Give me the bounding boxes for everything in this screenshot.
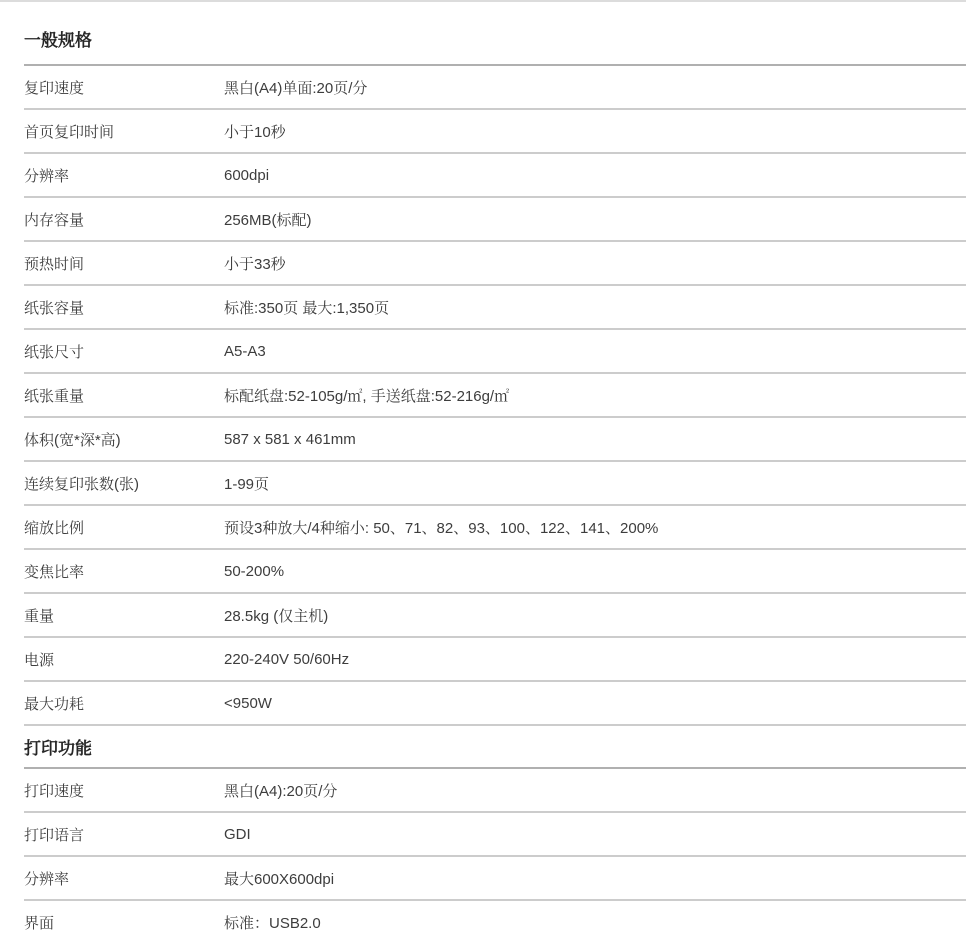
spec-value: 小于33秒 [224,253,966,274]
spec-value: 50-200% [224,563,966,580]
spec-row-print-language: 打印语言 GDI [24,813,966,857]
spec-label: 分辨率 [24,165,224,186]
spec-value: 小于10秒 [224,121,966,142]
spec-value: 220-240V 50/60Hz [224,651,966,668]
spec-value: <950W [224,695,966,712]
spec-value: 预设3种放大/4种缩小: 50、71、82、93、100、122、141、200… [224,517,966,538]
spec-page: 一般规格 复印速度 黑白(A4)单面:20页/分 首页复印时间 小于10秒 分辨… [0,0,966,937]
spec-row-interface: 界面 标准：USB2.0 [24,901,966,937]
spec-row-dimensions: 体积(宽*深*高) 587 x 581 x 461mm [24,418,966,462]
spec-value: 28.5kg (仅主机) [224,605,966,626]
spec-row-max-power: 最大功耗 <950W [24,682,966,726]
spec-value: 600dpi [224,167,966,184]
spec-row-zoom-presets: 缩放比例 预设3种放大/4种缩小: 50、71、82、93、100、122、14… [24,506,966,550]
spec-row-power-supply: 电源 220-240V 50/60Hz [24,638,966,682]
spec-row-paper-capacity: 纸张容量 标准:350页 最大:1,350页 [24,286,966,330]
spec-row-paper-weight: 纸张重量 标配纸盘:52-105g/㎡, 手送纸盘:52-216g/㎡ [24,374,966,418]
spec-label: 体积(宽*深*高) [24,429,224,450]
spec-label: 复印速度 [24,77,224,98]
spec-label: 首页复印时间 [24,121,224,142]
spec-row-warmup-time: 预热时间 小于33秒 [24,242,966,286]
spec-label: 缩放比例 [24,517,224,538]
spec-label: 纸张重量 [24,385,224,406]
spec-row-resolution: 分辨率 600dpi [24,154,966,198]
section-title-general-specs: 一般规格 [24,2,966,66]
spec-label: 连续复印张数(张) [24,473,224,494]
spec-value: 标准:350页 最大:1,350页 [224,297,966,318]
spec-label: 内存容量 [24,209,224,230]
spec-label: 重量 [24,605,224,626]
spec-row-zoom-range: 变焦比率 50-200% [24,550,966,594]
spec-value: 256MB(标配) [224,209,966,230]
spec-row-paper-size: 纸张尺寸 A5-A3 [24,330,966,374]
spec-label: 最大功耗 [24,693,224,714]
spec-value: 587 x 581 x 461mm [224,431,966,448]
spec-value: GDI [224,826,966,843]
spec-value: 1-99页 [224,473,966,494]
spec-value: 标配纸盘:52-105g/㎡, 手送纸盘:52-216g/㎡ [224,385,966,406]
spec-row-copy-speed: 复印速度 黑白(A4)单面:20页/分 [24,66,966,110]
spec-row-weight: 重量 28.5kg (仅主机) [24,594,966,638]
spec-label: 打印速度 [24,780,224,801]
spec-value: 黑白(A4):20页/分 [224,780,966,801]
spec-row-print-speed: 打印速度 黑白(A4):20页/分 [24,769,966,813]
spec-label: 电源 [24,649,224,670]
spec-row-continuous-copies: 连续复印张数(张) 1-99页 [24,462,966,506]
spec-value: 黑白(A4)单面:20页/分 [224,77,966,98]
spec-label: 预热时间 [24,253,224,274]
spec-label: 界面 [24,912,224,933]
spec-row-first-copy-time: 首页复印时间 小于10秒 [24,110,966,154]
spec-value: 标准：USB2.0 [224,912,966,933]
spec-label: 纸张尺寸 [24,341,224,362]
spec-value: A5-A3 [224,343,966,360]
spec-label: 变焦比率 [24,561,224,582]
spec-label: 打印语言 [24,824,224,845]
spec-table: 一般规格 复印速度 黑白(A4)单面:20页/分 首页复印时间 小于10秒 分辨… [24,2,966,937]
spec-value: 最大600X600dpi [224,868,966,889]
spec-label: 分辨率 [24,868,224,889]
spec-label: 纸张容量 [24,297,224,318]
section-title-print-functions: 打印功能 [24,726,966,769]
spec-row-memory: 内存容量 256MB(标配) [24,198,966,242]
spec-row-print-resolution: 分辨率 最大600X600dpi [24,857,966,901]
